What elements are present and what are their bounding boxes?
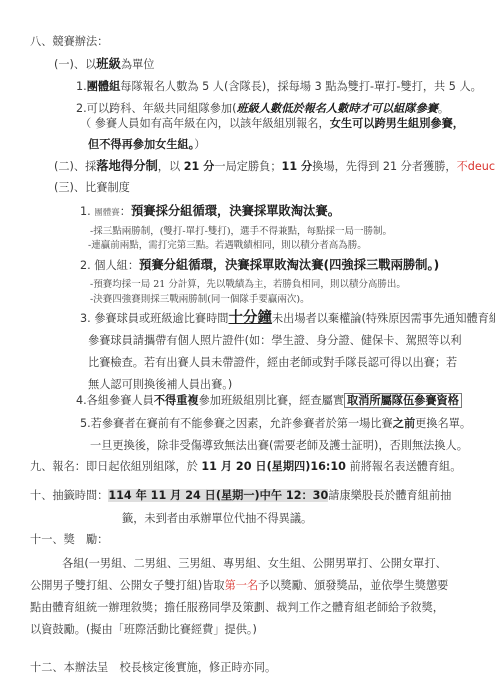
section-8-1: (一)、以班級為單位 <box>54 56 154 73</box>
section-10-line-2: 籤，未到者由承辦單位代抽不得異議。 <box>122 511 312 527</box>
section-9-registration: 九、報名：即日起依組別組隊，於 11 月 20 日(星期四)16:10 前將報名… <box>30 459 461 475</box>
item-2-cross-team: 2.可以跨科、年級共同組隊參加(班級人數低於報名人數時才可以組隊參賽。 <box>76 101 449 117</box>
section-11-line-4: 以資鼓勵。(擬由「班際活動比賽經費」提供。) <box>30 622 257 638</box>
rule-3-late: 3. 參賽球員或班級逾比賽時間十分鐘未出場者以棄權論(特殊原因需事先通知體育組)… <box>80 310 495 327</box>
rule-2-individual: 2. 個人組：預賽分組循環，決賽採單敗淘汰賽(四強採三戰兩勝制。) <box>80 257 439 274</box>
note-line-1: （ 參賽人員如有高年級在內，以該年級組別報名，女生可以跨男生組別參賽， <box>80 116 464 132</box>
rule-5-line-2: 一旦更換後，除非受傷導致無法出賽(需要老師及護士証明)，否則無法換人。 <box>90 438 468 454</box>
section-11-line-3: 點由體育組統一辦理敘獎；擔任服務同學及策劃、裁判工作之體育組老師給予敘獎， <box>30 600 444 616</box>
section-11-line-1: 各組(一男組、二男組、三男組、專男組、女生組、公開男單打、公開女單打、 <box>62 556 447 572</box>
section-8-3-title: (三)、比賽制度 <box>54 180 130 196</box>
section-12-approval: 十二、本辦法呈 校長核定後實施，修正時亦同。 <box>30 660 276 676</box>
section-8-2-scoring: (二)、採落地得分制，以 21 分一局定勝負；11 分換場，先得到 21 分者獲… <box>54 158 495 175</box>
disqualify-box: 取消所屬隊伍參賽資格 <box>344 393 462 408</box>
item-1-team-size: 1.團體組每隊報名人數為 5 人(含隊長)，採每場 3 點為雙打-單打-雙打，共… <box>76 79 482 95</box>
rule-2-sub-1: -預賽均採一局 21 分計算，先以戰績為主，若勝負相同，則以積分高勝出。 <box>90 277 406 293</box>
rule-3-line-3: 比賽檢查。若有出賽人員未帶證件，經由老師或對手隊長認可得以出賽；若 <box>88 355 457 371</box>
section-11-title: 十一、獎 勵： <box>30 532 108 548</box>
section-10-draw: 十、抽籤時間：114 年 11 月 24 日(星期一)中午 12：30請康樂股長… <box>30 488 451 504</box>
draw-time-highlight: 114 年 11 月 24 日(星期一)中午 12：30 <box>108 489 328 502</box>
section-8-title: 八、競賽辦法： <box>30 34 108 50</box>
rule-5-substitute: 5.若參賽者在賽前有不能參賽之因素，允許參賽者於第一場比賽之前更換名單。 <box>80 416 471 432</box>
rule-3-line-4: 無人認可則換後補人員出賽。) <box>88 377 232 393</box>
rule-2-sub-2: -決賽四強賽則採三戰兩勝制(同一個隊手要贏兩次)。 <box>90 292 310 308</box>
rule-1-sub-2: -連贏前兩點，需打完第三點。若遇戰績相同，則以積分者高為勝。 <box>88 238 367 254</box>
note-line-2: 但不得再參加女生組。） <box>88 137 205 153</box>
section-11-line-2: 公開男子雙打組、公開女子雙打組)皆取第一名予以獎勵、頒發獎品，並依學生獎懲要 <box>30 578 448 594</box>
rule-4-no-duplicate: 4.各組參賽人員不得重複參加班級組別比賽，經查屬實取消所屬隊伍參賽資格 <box>76 393 462 409</box>
rule-3-line-2: 參賽球員請攜帶有個人照片證件(如：學生證、身分證、健保卡、駕照等以利 <box>88 333 462 349</box>
rule-1-team: 1. 團體賽：預賽採分組循環，決賽採單敗淘汰賽。 <box>80 203 340 221</box>
